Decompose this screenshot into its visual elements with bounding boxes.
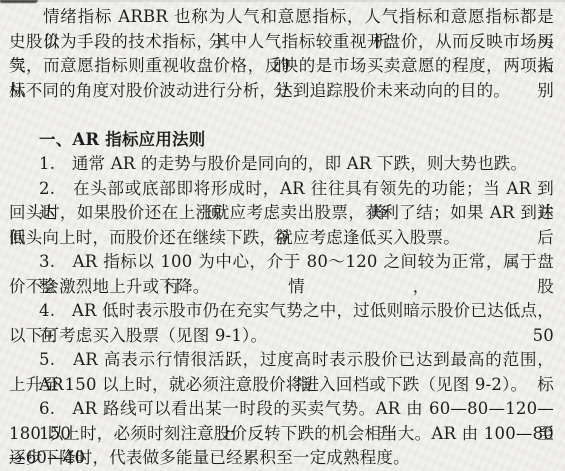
paragraph-line: 情绪指标 ARBR 也称为人气和意愿指标，人气指标和意愿指标都是以分析历 [9, 5, 554, 30]
rule-6-line: 180 以上时，必须时刻注意股价反转下跌的机会相当大。AR 由 100—80—6… [9, 422, 554, 447]
paragraph-line: 史股价为手段的技术指标，其中人气指标较重视开盘价，从而反映市场买卖的人 [9, 30, 554, 55]
scanned-book-page: 情绪指标 ARBR 也称为人气和意愿指标，人气指标和意愿指标都是以分析历 史股价… [0, 0, 565, 471]
rule-2-line: 回头时，如果股价还在上涨就应考虑卖出股票，获利了结；如果 AR 到达低谷后 [9, 201, 554, 226]
rule-4-line: 4. AR 低时表示股市仍在充实气势之中，过低则暗示股价已达低点，在 50 [9, 299, 554, 324]
rule-1-line: 1. 通常 AR 的走势与股价是同向的，即 AR 下跌，则大势也跌。 [9, 152, 554, 177]
rule-2-line: 2. 在头部或底部即将形成时，AR 往往具有领先的功能；当 AR 到达顶峰并 [9, 177, 554, 202]
rule-6-line: 逐步下降时，代表做多能量已经累积至一定成熟程度。 [9, 446, 554, 471]
paragraph-line: 从不同的角度对股价波动进行分析，达到追踪股价未来动向的目的。 [9, 79, 554, 104]
rule-3-line: 3. AR 指标以 100 为中心，介于 80～120 之间较为正常，属于盘整行… [9, 250, 554, 275]
rule-5-line: 5. AR 高表示行情很活跃，过度高时表示股价已达到最高的范围，AR 指标 [9, 348, 554, 373]
rule-5-line: 上升至 150 以上时，就必须注意股价将进入回档或下跌（见图 9-2）。 [9, 373, 554, 398]
scan-edge-shadow [0, 0, 565, 2]
section-heading: 一、AR 指标应用法则 [9, 128, 554, 153]
rule-6-line: 6. AR 路线可以看出某一时段的买卖气势。AR 由 60—80—120—150… [9, 397, 554, 422]
scan-artifact-top-left [0, 0, 38, 3]
paragraph-line: 气，而意愿指标则重视收盘价格，反映的是市场买卖意愿的程度，两项指标分别 [9, 54, 554, 79]
